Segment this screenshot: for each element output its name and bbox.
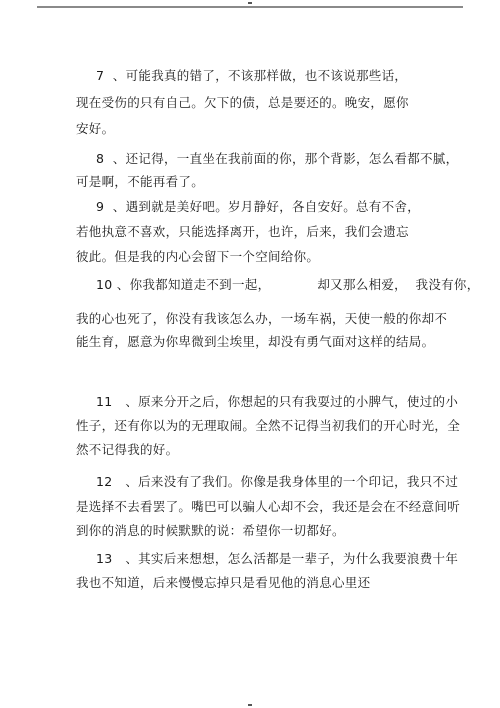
- paragraph-9-line-3: 彼此。但是我的内心会留下一个空间给你。: [76, 250, 319, 264]
- paragraph-12-line-3: 到你的消息的时候默默的说：希望你一切都好。: [76, 524, 345, 538]
- paragraph-11-line-3: 然不记得我的好。: [76, 443, 178, 457]
- paragraph-7-line-3: 安好。: [76, 122, 114, 136]
- paragraph-10-line-3: 能生育，愿意为你卑微到尘埃里，却没有勇气面对这样的结局。: [76, 335, 434, 349]
- page-top-mark: [248, 2, 252, 4]
- paragraph-8-line-1: 8 、还记得，一直坐在我前面的你，那个背影，怎么看都不腻，: [96, 152, 458, 166]
- paragraph-11-line-2: 性子，还有你以为的无理取闹。全然不记得当初我们的开心时光，全: [76, 419, 460, 433]
- paragraph-11-line-1: 11 、原来分开之后，你想起的只有我耍过的小脾气，使过的小: [96, 395, 458, 409]
- paragraph-12-line-2: 是选择不去看罢了。嘴巴可以骗人心却不会，我还是会在不经意间听: [76, 500, 460, 514]
- paragraph-9-line-2: 若他执意不喜欢，只能选择离开，也许，后来，我们会遗忘: [76, 225, 409, 239]
- paragraph-7-line-1: 7 、可能我真的错了，不该那样做，也不该说那些话，: [96, 69, 407, 83]
- paragraph-7-line-2: 现在受伤的只有自己。欠下的债，总是要还的。晚安，愿你: [76, 96, 409, 110]
- paragraph-13-line-1: 13 、其实后来想想，怎么活都是一辈子，为什么我要浪费十年: [96, 552, 458, 566]
- paragraph-9-line-1: 9 、遇到就是美好吧。岁月静好，各自安好。总有不舍，: [96, 200, 420, 214]
- paragraph-10-line-1: 10 、你我都知道走不到一起， 却又那么相爱， 我没有你，: [96, 278, 480, 292]
- page-bottom-mark: [248, 704, 252, 706]
- paragraph-12-line-1: 12 、后来没有了我们。你像是我身体里的一个印记，我只不过: [96, 475, 458, 489]
- paragraph-13-line-2: 我也不知道，后来慢慢忘掉只是看见他的消息心里还: [76, 576, 370, 590]
- paragraph-8-line-2: 可是啊，不能再看了。: [76, 175, 204, 189]
- paragraph-10-line-2: 我的心也死了，你没有我该怎么办，一场车祸，天使一般的你却不: [76, 312, 447, 326]
- header-rule: [37, 6, 463, 8]
